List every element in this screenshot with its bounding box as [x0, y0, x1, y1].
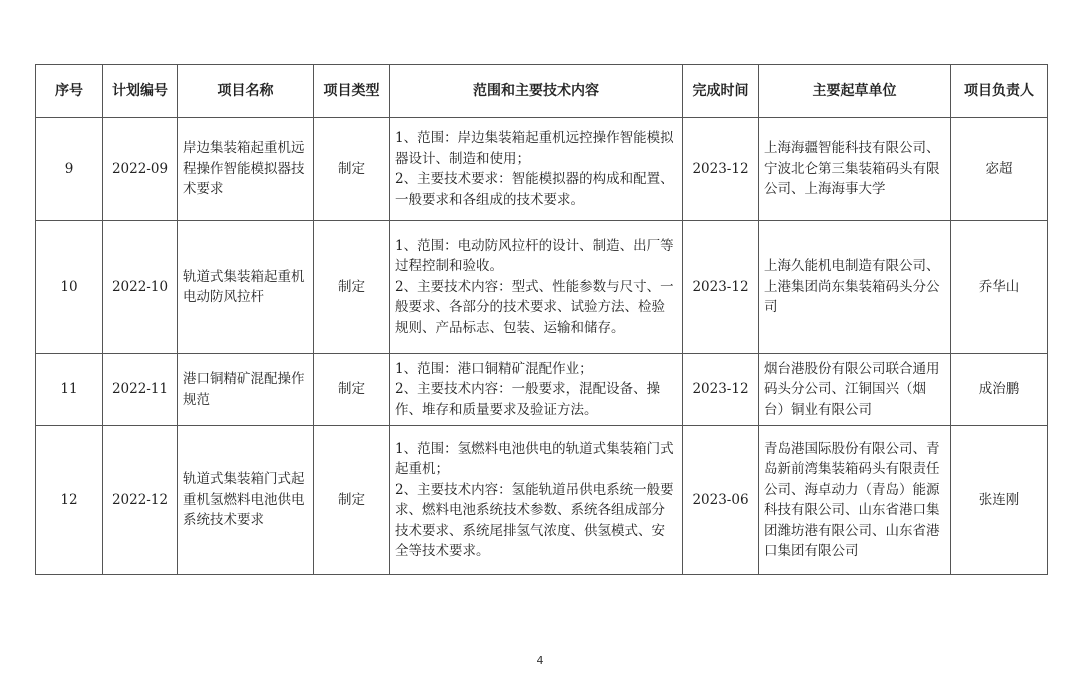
- cell-seq: 10: [36, 221, 103, 354]
- cell-plan-no: 2022-12: [103, 426, 178, 575]
- table-row: 10 2022-10 轨道式集装箱起重机电动防风拉杆 制定 1、范围：电动防风拉…: [36, 221, 1048, 354]
- standards-plan-table: 序号 计划编号 项目名称 项目类型 范围和主要技术内容 完成时间 主要起草单位 …: [35, 64, 1048, 575]
- header-scope: 范围和主要技术内容: [390, 65, 683, 118]
- cell-lead: 张连刚: [951, 426, 1048, 575]
- cell-scope: 1、范围：港口铜精矿混配作业； 2、主要技术内容：一般要求，混配设备、操作、堆存…: [390, 354, 683, 426]
- cell-type: 制定: [314, 354, 390, 426]
- cell-lead: 成治鹏: [951, 354, 1048, 426]
- cell-seq: 11: [36, 354, 103, 426]
- cell-type: 制定: [314, 118, 390, 221]
- cell-seq: 9: [36, 118, 103, 221]
- cell-finish: 2023-12: [683, 221, 759, 354]
- header-type: 项目类型: [314, 65, 390, 118]
- header-finish: 完成时间: [683, 65, 759, 118]
- cell-lead: 宓超: [951, 118, 1048, 221]
- cell-name: 轨道式集装箱起重机电动防风拉杆: [178, 221, 314, 354]
- cell-seq: 12: [36, 426, 103, 575]
- header-lead: 项目负责人: [951, 65, 1048, 118]
- cell-drafter: 上海海疆智能科技有限公司、宁波北仑第三集装箱码头有限公司、上海海事大学: [759, 118, 951, 221]
- cell-drafter: 青岛港国际股份有限公司、青岛新前湾集装箱码头有限责任公司、海卓动力（青岛）能源科…: [759, 426, 951, 575]
- cell-name: 港口铜精矿混配操作规范: [178, 354, 314, 426]
- header-name: 项目名称: [178, 65, 314, 118]
- cell-drafter: 上海久能机电制造有限公司、上港集团尚东集装箱码头分公司: [759, 221, 951, 354]
- cell-finish: 2023-12: [683, 118, 759, 221]
- cell-type: 制定: [314, 426, 390, 575]
- cell-scope: 1、范围：氢燃料电池供电的轨道式集装箱门式起重机； 2、主要技术内容：氢能轨道吊…: [390, 426, 683, 575]
- cell-plan-no: 2022-11: [103, 354, 178, 426]
- table-row: 11 2022-11 港口铜精矿混配操作规范 制定 1、范围：港口铜精矿混配作业…: [36, 354, 1048, 426]
- cell-lead: 乔华山: [951, 221, 1048, 354]
- header-plan-no: 计划编号: [103, 65, 178, 118]
- cell-scope: 1、范围：电动防风拉杆的设计、制造、出厂等过程控制和验收。 2、主要技术内容：型…: [390, 221, 683, 354]
- header-seq: 序号: [36, 65, 103, 118]
- table-row: 12 2022-12 轨道式集装箱门式起重机氢燃料电池供电系统技术要求 制定 1…: [36, 426, 1048, 575]
- cell-scope: 1、范围：岸边集装箱起重机远控操作智能模拟器设计、制造和使用； 2、主要技术要求…: [390, 118, 683, 221]
- table-row: 9 2022-09 岸边集装箱起重机远程操作智能模拟器技术要求 制定 1、范围：…: [36, 118, 1048, 221]
- cell-finish: 2023-06: [683, 426, 759, 575]
- cell-finish: 2023-12: [683, 354, 759, 426]
- header-drafter: 主要起草单位: [759, 65, 951, 118]
- header-row: 序号 计划编号 项目名称 项目类型 范围和主要技术内容 完成时间 主要起草单位 …: [36, 65, 1048, 118]
- page-number: 4: [0, 654, 1080, 667]
- cell-drafter: 烟台港股份有限公司联合通用码头分公司、江铜国兴（烟台）铜业有限公司: [759, 354, 951, 426]
- cell-name: 岸边集装箱起重机远程操作智能模拟器技术要求: [178, 118, 314, 221]
- cell-plan-no: 2022-10: [103, 221, 178, 354]
- cell-name: 轨道式集装箱门式起重机氢燃料电池供电系统技术要求: [178, 426, 314, 575]
- cell-plan-no: 2022-09: [103, 118, 178, 221]
- cell-type: 制定: [314, 221, 390, 354]
